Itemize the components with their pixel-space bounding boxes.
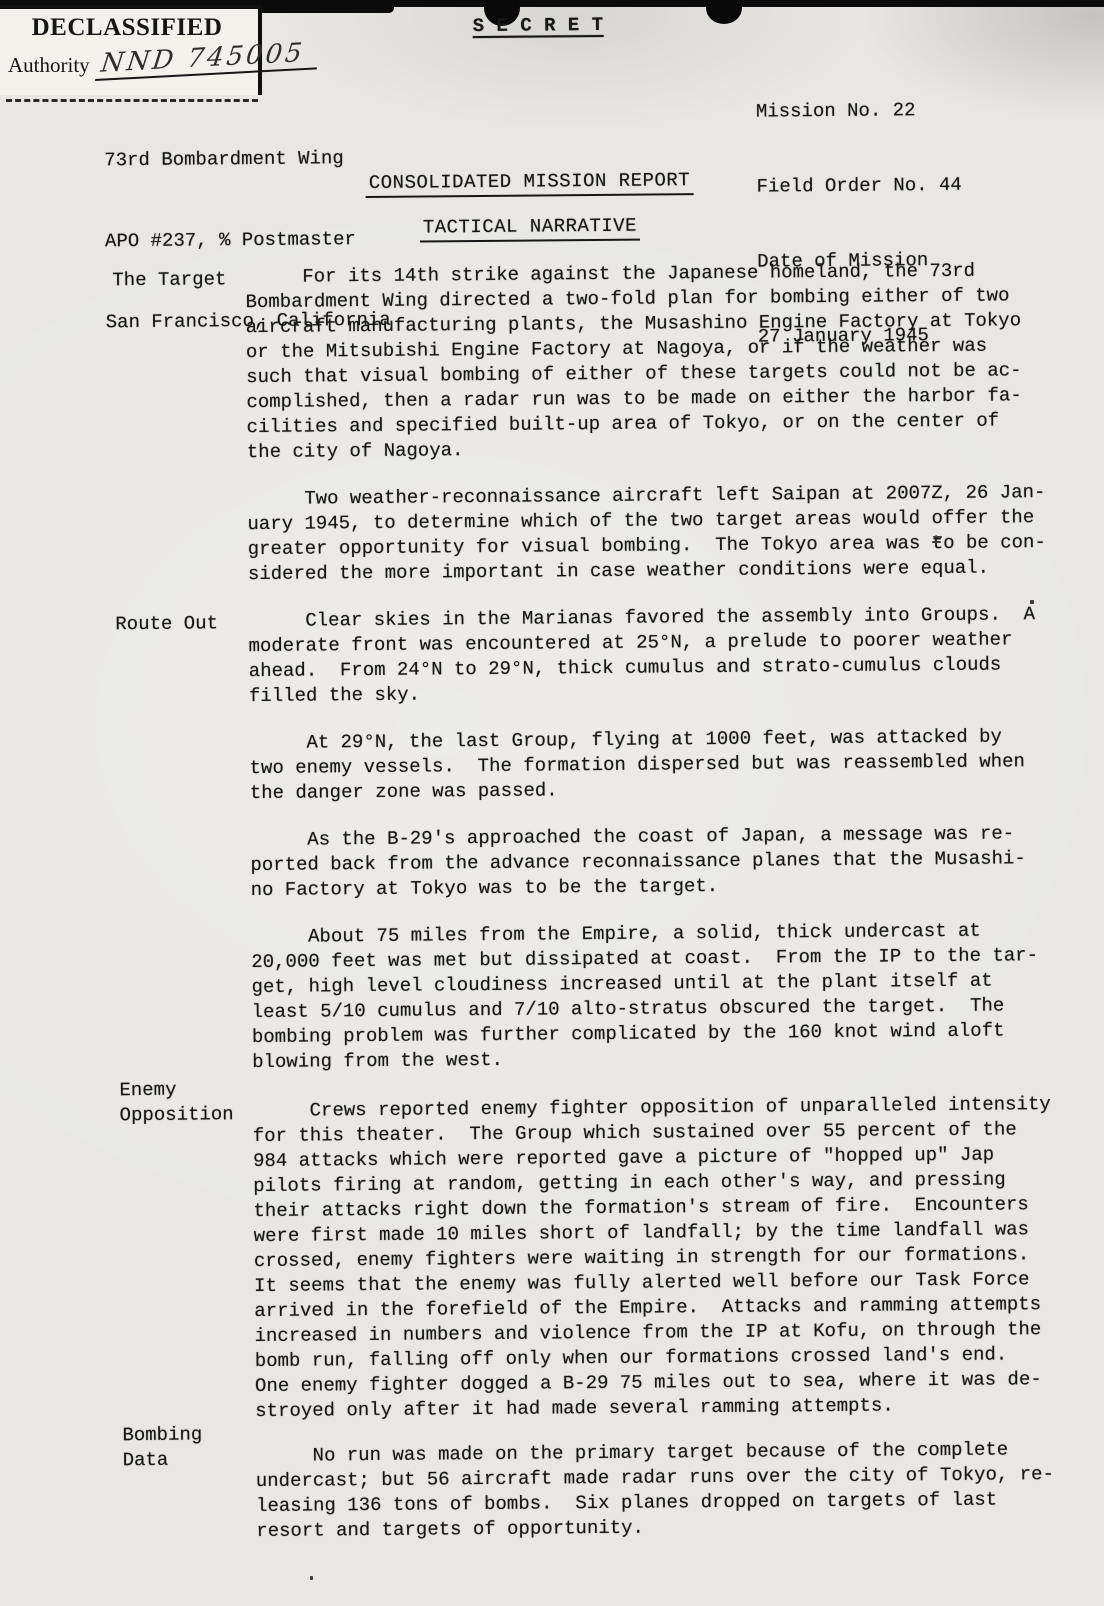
section-enemy-opposition: Enemy Opposition Crews reported enemy fi… xyxy=(253,1092,1068,1424)
paragraph: Crews reported enemy fighter opposition … xyxy=(253,1092,1068,1424)
section-label: Bombing Data xyxy=(122,1422,254,1473)
section-label: The Target xyxy=(112,267,244,293)
paragraph: As the B-29's approached the coast of Ja… xyxy=(250,821,1063,903)
classification-line: S E C R E T xyxy=(0,10,1078,41)
narrative-body: The Target For its 14th strike against t… xyxy=(245,258,1068,1544)
section-route-out: Route Out Clear skies in the Marianas fa… xyxy=(248,602,1064,1075)
page-title: CONSOLIDATED MISSION REPORT xyxy=(366,169,694,198)
paragraph: About 75 miles from the Empire, a solid,… xyxy=(251,918,1064,1075)
section-label: Route Out xyxy=(115,611,247,637)
page-subtitle: TACTICAL NARRATIVE xyxy=(420,215,640,243)
paragraph: At 29°N, the last Group, flying at 1000 … xyxy=(249,724,1062,806)
paragraph: No run was made on the primary target be… xyxy=(256,1437,1069,1544)
paragraph: Clear skies in the Marianas favored the … xyxy=(248,602,1061,709)
scan-mark xyxy=(310,1576,313,1580)
letterhead-unit: 73rd Bombardment Wing xyxy=(104,145,389,174)
document-page: DECLASSIFIED Authority NND 745005 S E C … xyxy=(0,0,1104,1606)
scan-mark xyxy=(938,1203,941,1209)
classification-marking: S E C R E T xyxy=(473,14,604,37)
mission-number: Mission No. 22 xyxy=(756,98,961,125)
scan-mark xyxy=(933,536,942,538)
typed-content: S E C R E T 73rd Bombardment Wing APO #2… xyxy=(0,0,1104,1606)
paragraph: Two weather-reconnaissance aircraft left… xyxy=(247,480,1060,587)
paragraph: For its 14th strike against the Japanese… xyxy=(245,258,1059,465)
scan-mark xyxy=(1030,600,1034,604)
scan-mark xyxy=(932,541,941,543)
section-bombing-data: Bombing Data No run was made on the prim… xyxy=(256,1437,1069,1544)
section-label: Enemy Opposition xyxy=(119,1077,251,1128)
